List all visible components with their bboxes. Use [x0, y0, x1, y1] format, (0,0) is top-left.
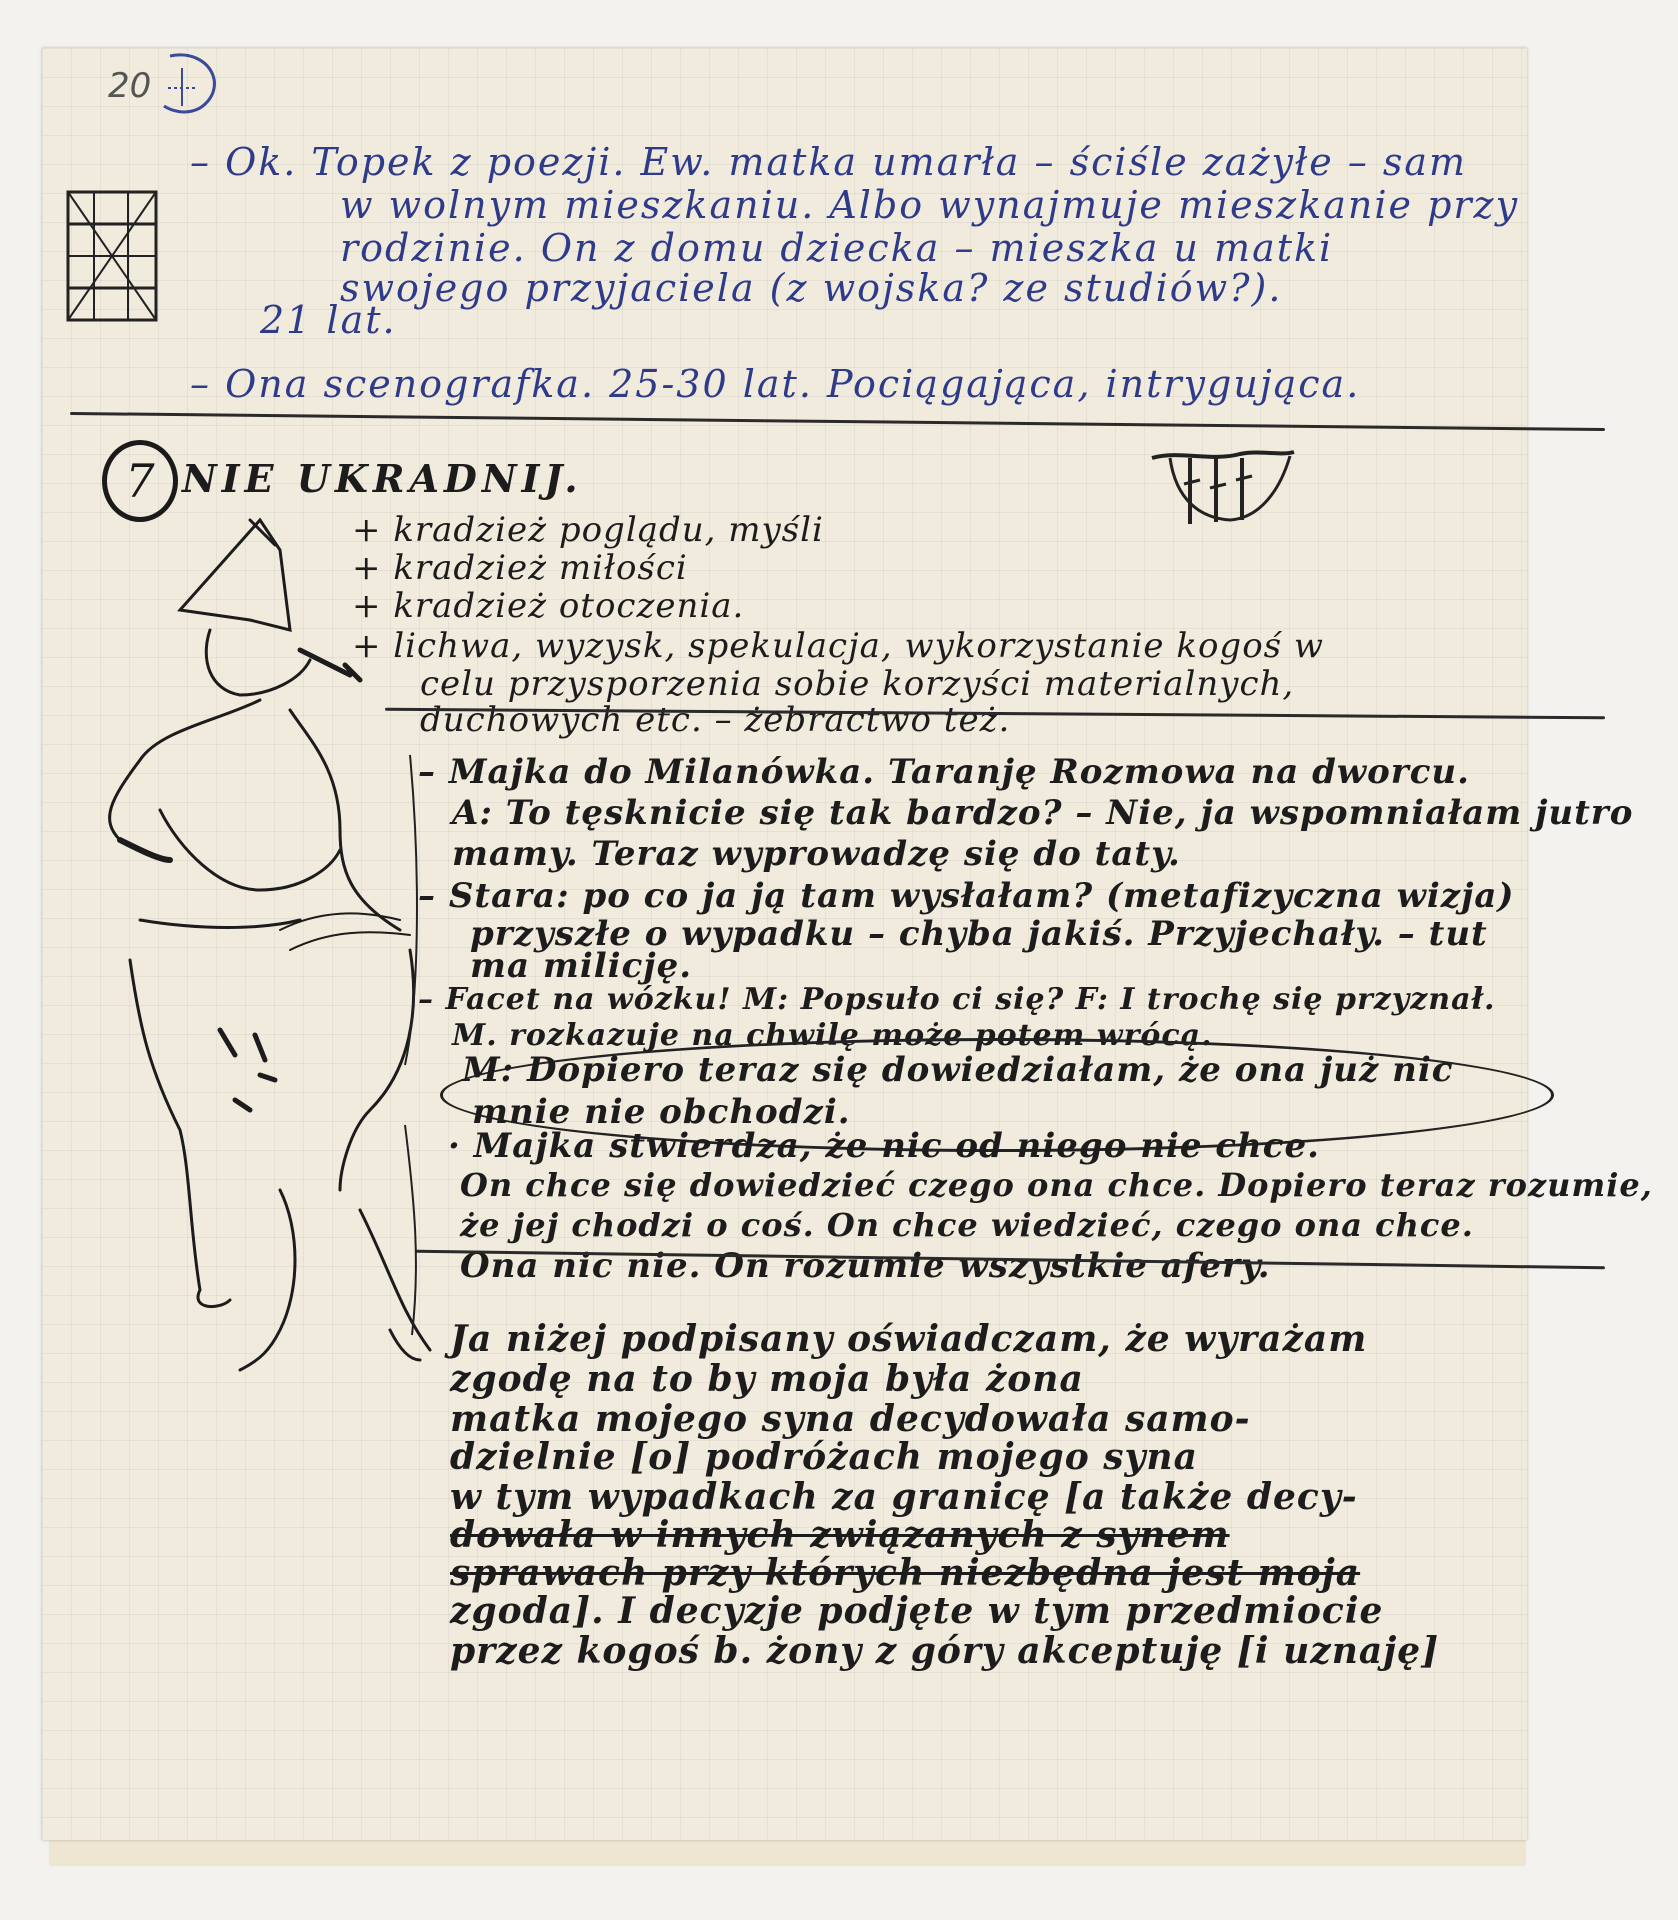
page-number: 20	[108, 66, 151, 106]
decl-line-2: zgodę na to by moja była żona	[450, 1358, 1084, 1400]
top-line-2: w wolnym mieszkaniu. Albo wynajmuje mies…	[340, 183, 1519, 227]
scene-line-6: ma milicję.	[470, 946, 692, 986]
decl-line-1: Ja niżej podpisany oświadczam, że wyraża…	[450, 1318, 1367, 1360]
decl-line-7: sprawach przy których niezbędna jest moj…	[450, 1552, 1360, 1594]
item-5: celu przysporzenia sobie korzyści materi…	[420, 664, 1294, 704]
top-note-2: – Ona scenografka. 25-30 lat. Pociągając…	[190, 362, 1360, 406]
comb-doodle-icon	[1150, 440, 1300, 530]
decl-line-9: przez kogoś b. żony z góry akceptuję [i …	[450, 1630, 1439, 1672]
item-4: + lichwa, wyzysk, spekulacja, wykorzysta…	[352, 626, 1324, 666]
top-line-4: swojego przyjaciela (z wojska? ze studió…	[340, 266, 1282, 310]
after-line-2: On chce się dowiedzieć czego ona chce. D…	[460, 1166, 1653, 1204]
decl-line-6: dowała w innych związanych z synem	[450, 1514, 1230, 1556]
scene-line-1: – Majka do Milanówka. Taranję Rozmowa na…	[418, 752, 1470, 792]
top-line-5: 21 lat.	[260, 298, 397, 342]
scene-line-2: A: To tęsknicie się tak bardzo? – Nie, j…	[452, 793, 1633, 833]
item-6: duchowych etc. – żebractwo też.	[420, 700, 1010, 740]
after-line-1: · Majka stwierdza, że nic od niego nie c…	[448, 1126, 1320, 1166]
grid-doodle-icon	[64, 188, 164, 328]
decl-line-3: matka mojego syna decydowała samo-	[450, 1398, 1251, 1440]
scene-line-7: – Facet na wózku! M: Popsuło ci się? F: …	[418, 982, 1496, 1017]
margin-bracket-icon	[400, 745, 430, 1345]
scene-line-3: mamy. Teraz wyprowadzę się do taty.	[452, 834, 1181, 874]
after-line-3: że jej chodzi o coś. On chce wiedzieć, c…	[460, 1206, 1474, 1244]
decl-line-8: zgoda]. I decyzje podjęte w tym przedmio…	[450, 1590, 1383, 1632]
top-line-3: rodzinie. On z domu dziecka – mieszka u …	[340, 226, 1333, 270]
decl-line-5: w tym wypadkach za granicę [a także decy…	[450, 1476, 1358, 1518]
top-line-1: – Ok. Topek z poezji. Ew. matka umarła –…	[190, 140, 1467, 184]
circled-line-1: M: Dopiero teraz się dowiedziałam, że on…	[462, 1050, 1454, 1090]
figure-sketch-icon	[100, 510, 430, 1470]
stamp-circle-icon	[150, 48, 240, 118]
scene-line-4: – Stara: po co ja ją tam wysłałam? (meta…	[418, 876, 1515, 916]
decl-line-4: dzielnie [o] podróżach mojego syna	[450, 1436, 1198, 1478]
section-title: NIE UKRADNIJ.	[182, 456, 583, 501]
